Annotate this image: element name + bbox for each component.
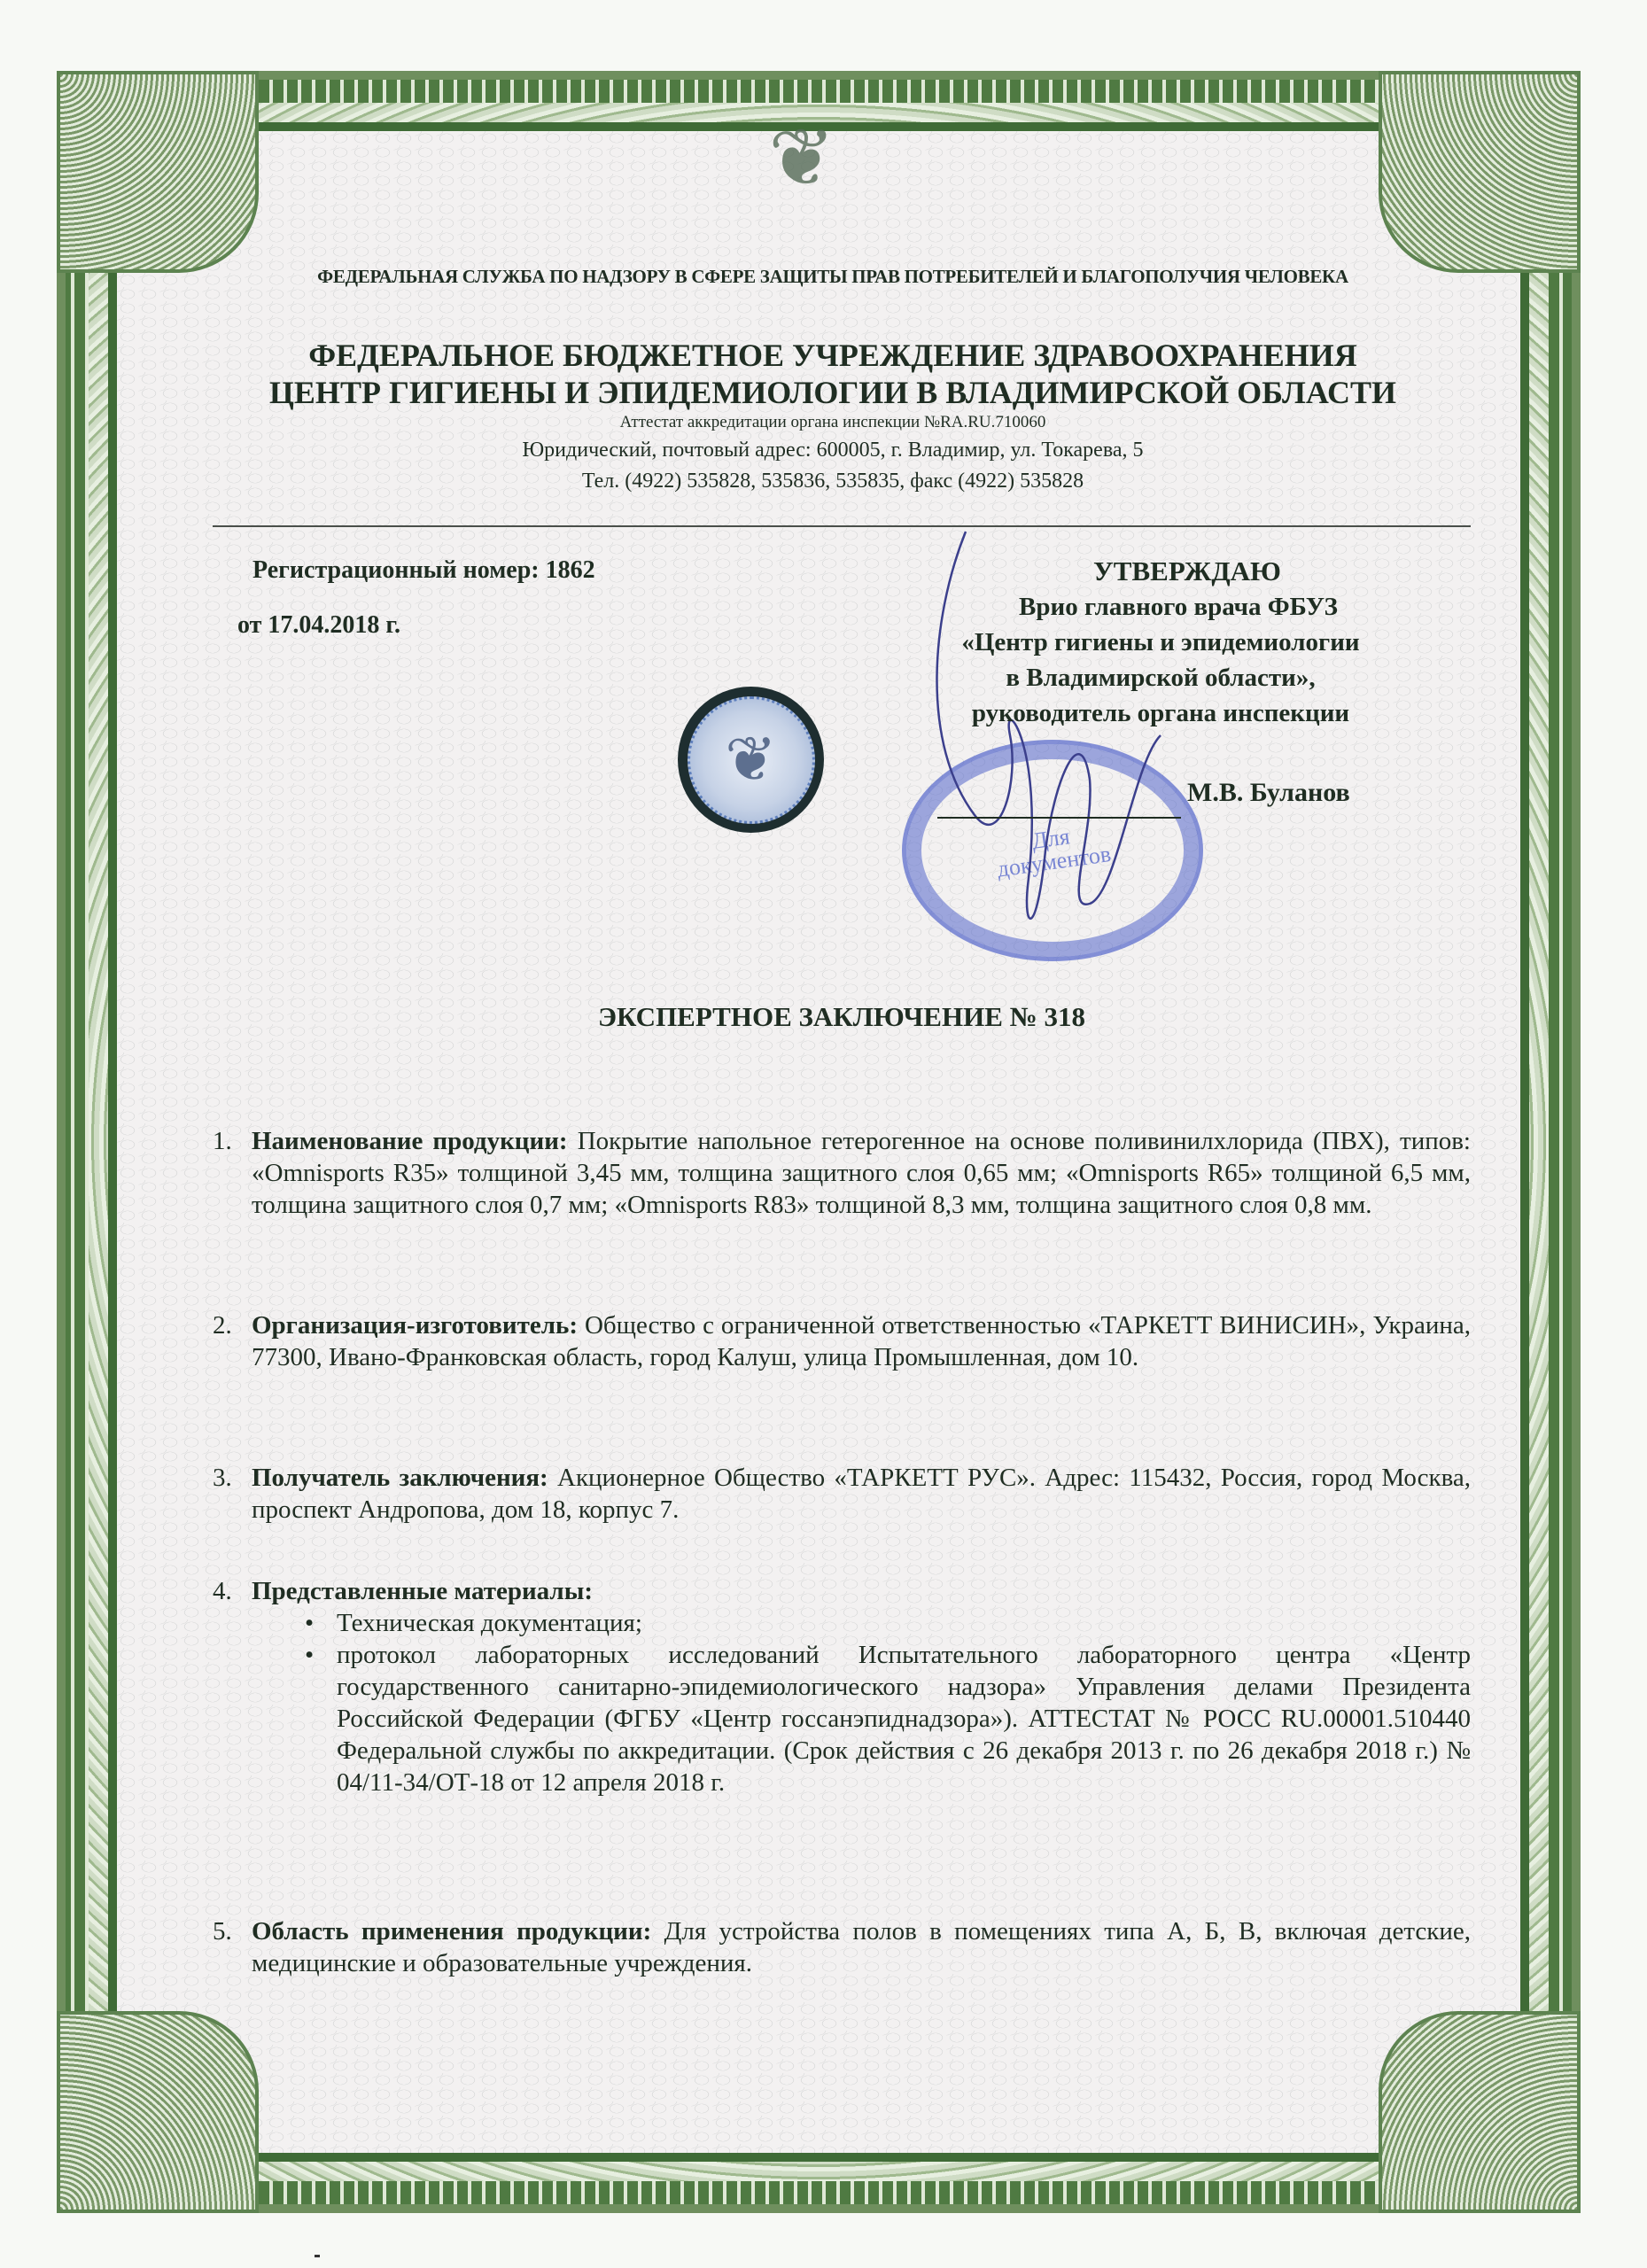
section-number: 4.: [213, 1575, 232, 1607]
section-number: 5.: [213, 1915, 232, 1947]
approval-line-4: руководитель органа инспекции: [895, 695, 1426, 731]
section-manufacturer: 2. Организация-изготовитель: Общество с …: [213, 1309, 1471, 1373]
address-line: Юридический, почтовый адрес: 600005, г. …: [204, 439, 1462, 462]
coat-of-arms-icon: ❦: [753, 106, 851, 213]
list-item: протокол лабораторных исследований Испыт…: [305, 1639, 1471, 1798]
approval-line-1: Врио главного врача ФБУЗ: [930, 589, 1426, 625]
approval-line-3: в Владимирской области»,: [895, 660, 1426, 695]
document-page: ❦ ФЕДЕРАЛЬНАЯ СЛУЖБА ПО НАДЗОРУ В СФЕРЕ …: [0, 0, 1647, 2268]
organization-name: ФЕДЕРАЛЬНОЕ БЮДЖЕТНОЕ УЧРЕЖДЕНИЕ ЗДРАВОО…: [204, 337, 1462, 411]
section-label: Область применения продукции:: [252, 1917, 651, 1946]
registration-number: Регистрационный номер: 1862: [252, 556, 595, 585]
section-label: Организация-изготовитель:: [252, 1311, 578, 1340]
section-number: 2.: [213, 1309, 232, 1341]
approval-line-2: «Центр гигиены и эпидемиологии: [895, 625, 1426, 660]
signature-line: [937, 817, 1181, 819]
header-divider: [213, 525, 1471, 527]
section-label: Получатель заключения:: [252, 1464, 548, 1492]
section-label: Наименование продукции:: [252, 1127, 568, 1155]
section-label: Представленные материалы:: [252, 1577, 593, 1605]
approval-heading: УТВЕРЖДАЮ: [948, 554, 1426, 589]
scan-speck: [315, 2255, 320, 2257]
list-item: Техническая документация;: [305, 1607, 1471, 1639]
section-product-name: 1. Наименование продукции: Покрытие напо…: [213, 1125, 1471, 1221]
approval-block: УТВЕРЖДАЮ Врио главного врача ФБУЗ «Цент…: [895, 554, 1426, 731]
section-materials: 4. Представленные материалы: Техническая…: [213, 1575, 1471, 1798]
hologram-eagle-icon: ❦: [678, 687, 824, 833]
phones-line: Тел. (4922) 535828, 535836, 535835, факс…: [204, 470, 1462, 493]
materials-list: Техническая документация; протокол лабор…: [305, 1607, 1471, 1798]
agency-name: ФЕДЕРАЛЬНАЯ СЛУЖБА ПО НАДЗОРУ В СФЕРЕ ЗА…: [204, 266, 1462, 288]
section-application-area: 5. Область применения продукции: Для уст…: [213, 1915, 1471, 1979]
signatory-name: М.В. Буланов: [1187, 778, 1350, 808]
section-recipient: 3. Получатель заключения: Акционерное Об…: [213, 1462, 1471, 1526]
accreditation-line: Аттестат аккредитации органа инспекции №…: [204, 413, 1462, 432]
section-number: 1.: [213, 1125, 232, 1157]
section-number: 3.: [213, 1462, 232, 1494]
document-title: ЭКСПЕРТНОЕ ЗАКЛЮЧЕНИЕ № 318: [213, 1001, 1471, 1033]
org-line-1: ФЕДЕРАЛЬНОЕ БЮДЖЕТНОЕ УЧРЕЖДЕНИЕ ЗДРАВОО…: [204, 337, 1462, 374]
org-line-2: ЦЕНТР ГИГИЕНЫ И ЭПИДЕМИОЛОГИИ В ВЛАДИМИР…: [204, 374, 1462, 411]
registration-date: от 17.04.2018 г.: [237, 611, 400, 640]
